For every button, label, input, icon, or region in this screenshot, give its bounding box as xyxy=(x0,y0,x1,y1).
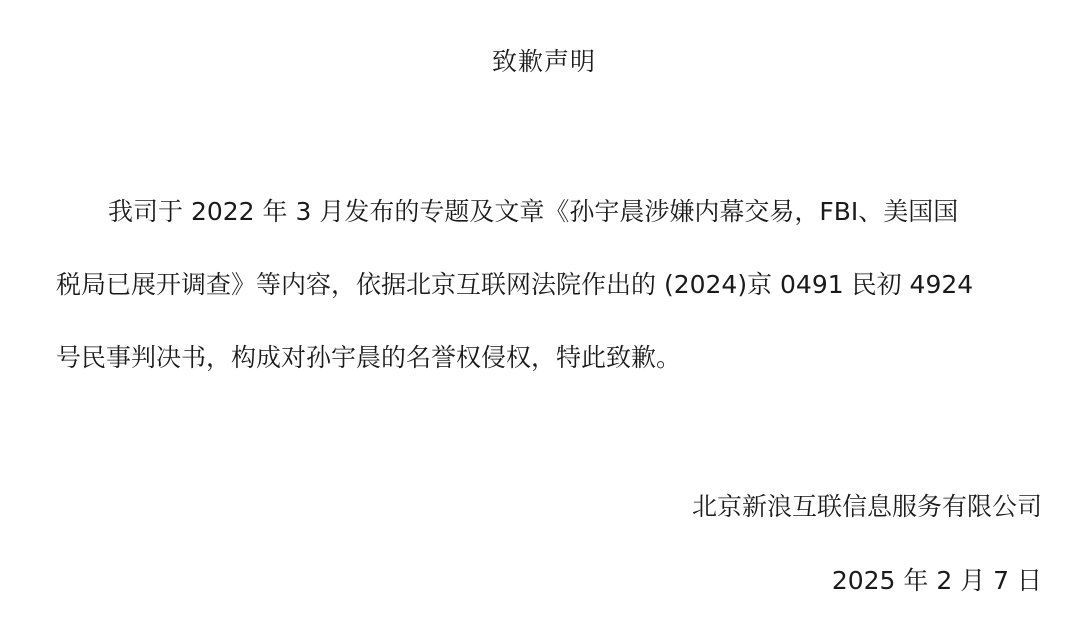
body-line-3: 号民事判决书，构成对孙宇晨的名誉权侵权，特此致歉。 xyxy=(56,340,681,376)
company-signature: 北京新浪互联信息服务有限公司 xyxy=(692,489,1042,525)
document-title: 致歉声明 xyxy=(0,44,1088,80)
statement-date: 2025 年 2 月 7 日 xyxy=(832,563,1042,599)
apology-document: 致歉声明 我司于 2022 年 3 月发布的专题及文章《孙宇晨涉嫌内幕交易，FB… xyxy=(0,0,1088,633)
body-line-1: 我司于 2022 年 3 月发布的专题及文章《孙宇晨涉嫌内幕交易，FBI、美国国 xyxy=(108,194,958,230)
body-line-2: 税局已展开调查》等内容，依据北京互联网法院作出的 (2024)京 0491 民初… xyxy=(56,267,973,303)
